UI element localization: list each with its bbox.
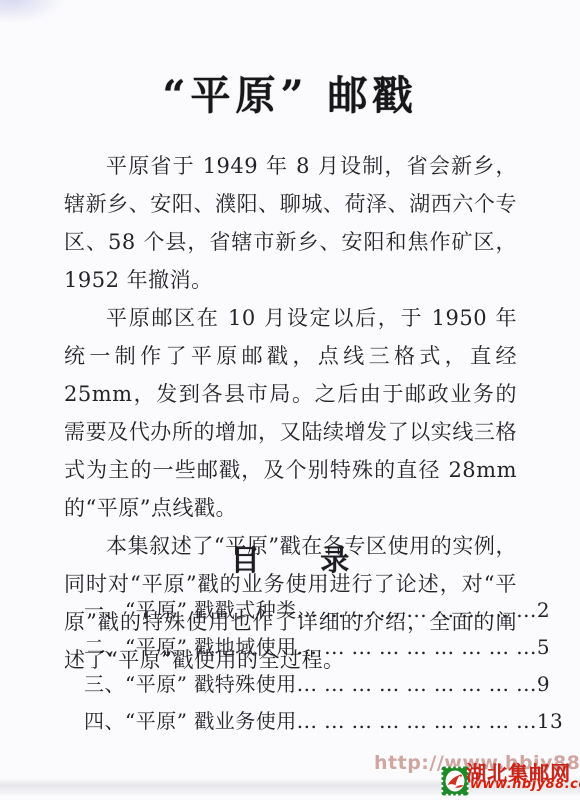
paragraph-province: 平原省于 1949 年 8 月设制，省会新乡，辖新乡、安阳、濮阳、聊城、荷泽、湖… xyxy=(64,147,517,299)
toc-item: 二、“平原” 戳地域使用... ... ... ... ... ... ... … xyxy=(84,629,524,666)
paragraph-postmark: 平原邮区在 10 月设定以后，于 1950 年统一制作了平原邮戳，点线三格式，直… xyxy=(64,299,517,527)
page-title: “平原” 邮戳 xyxy=(0,64,580,121)
stamp-logo-icon xyxy=(441,766,469,796)
toc-item: 四、“平原” 戳业务使用... ... ... ... ... ... ... … xyxy=(84,703,524,740)
table-of-contents: 一、“平原” 戳戳式种类... ... ... ... ... ... ... … xyxy=(84,592,524,740)
scan-shadow-band xyxy=(0,778,580,795)
watermark-url-text: http://www.hbjy88.com/ xyxy=(374,752,580,774)
toc-item: 三、“平原” 戳特殊使用... ... ... ... ... ... ... … xyxy=(84,666,524,703)
watermark-site-name: 湖北集邮网 xyxy=(466,757,571,786)
watermark-site-url: www.hbjy88.com xyxy=(470,777,580,792)
toc-item: 一、“平原” 戳戳式种类... ... ... ... ... ... ... … xyxy=(84,592,524,629)
scan-smudge xyxy=(0,0,66,24)
document-page: “平原” 邮戳 平原省于 1949 年 8 月设制，省会新乡，辖新乡、安阳、濮阳… xyxy=(0,0,580,800)
toc-title: 目 录 xyxy=(0,538,580,579)
